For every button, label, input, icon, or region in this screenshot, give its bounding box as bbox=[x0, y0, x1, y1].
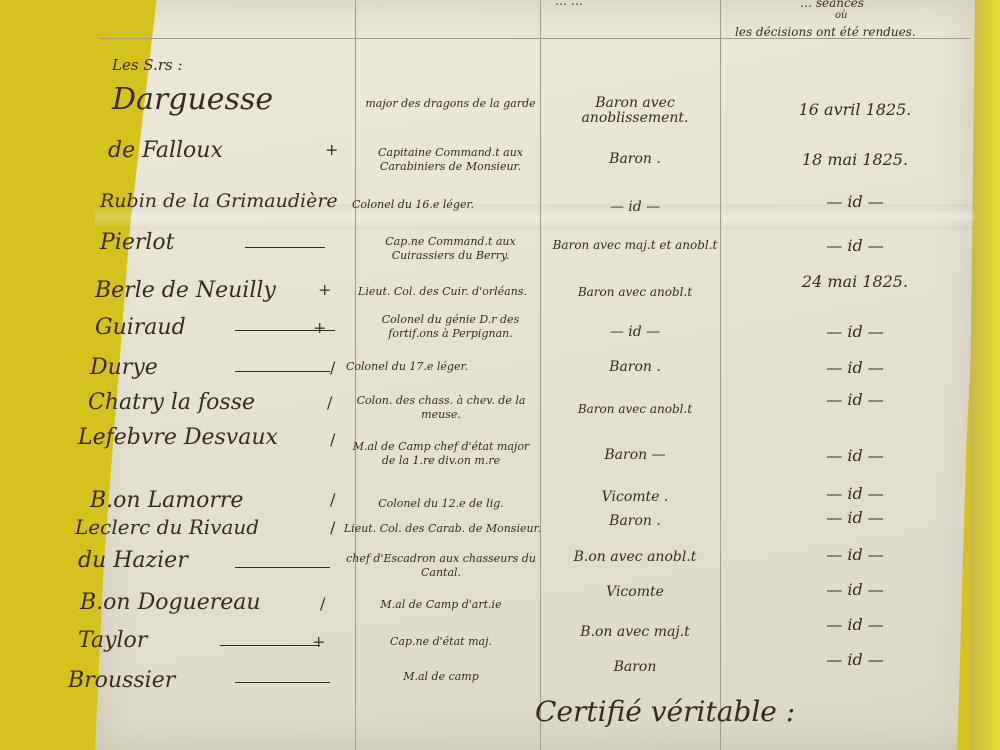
header-col4-line2: où bbox=[835, 10, 847, 21]
row-mark: / bbox=[327, 393, 332, 412]
name-cell: Lefebvre Desvaux bbox=[78, 425, 278, 450]
row-mark: / bbox=[330, 358, 335, 377]
row-mark: / bbox=[320, 594, 325, 613]
grade-cell: Lieut. Col. des Cuir. d'orléans. bbox=[340, 285, 545, 299]
title-cell: Baron bbox=[545, 660, 725, 675]
grade-cell: Colon. des chass. à chev. de la meuse. bbox=[346, 394, 536, 422]
title-cell: Baron avec maj.t et anobl.t bbox=[545, 238, 725, 253]
date-cell: — id — bbox=[740, 322, 970, 341]
date-cell: — id — bbox=[740, 580, 970, 599]
header-col4-line3: les décisions ont été rendues. bbox=[735, 25, 916, 39]
name-cell: Rubin de la Grimaudière bbox=[100, 190, 338, 212]
date-cell: 18 mai 1825. bbox=[740, 150, 970, 169]
grade-cell: major des dragons de la garde bbox=[358, 97, 543, 111]
date-cell: — id — bbox=[740, 446, 970, 465]
date-cell: — id — bbox=[740, 358, 970, 377]
grade-cell: Colonel du 12.e de lig. bbox=[346, 497, 536, 511]
title-cell: B.on avec anobl.t bbox=[545, 550, 725, 565]
name-cell: du Hazier bbox=[78, 548, 188, 573]
title-cell: Baron . bbox=[545, 152, 725, 167]
header-col3: … … bbox=[555, 0, 583, 8]
filler-dash bbox=[235, 682, 330, 683]
name-cell: Durye bbox=[90, 355, 158, 380]
title-cell: Baron avec anobl.t bbox=[545, 402, 725, 417]
grade-cell: chef d'Escadron aux chasseurs du Cantal. bbox=[346, 552, 536, 580]
row-mark: / bbox=[330, 518, 335, 537]
row-mark: / bbox=[330, 490, 335, 509]
title-cell: Vicomte . bbox=[545, 490, 725, 505]
name-cell: de Falloux bbox=[108, 138, 223, 163]
date-cell: — id — bbox=[740, 650, 970, 669]
grade-cell: M.al de Camp d'art.ie bbox=[346, 598, 536, 612]
date-cell: — id — bbox=[740, 484, 970, 503]
name-cell: Taylor bbox=[78, 628, 147, 653]
row-mark: + bbox=[312, 632, 325, 651]
title-cell: Vicomte bbox=[545, 585, 725, 600]
grade-cell: Colonel du génie D.r des fortif.ons à Pe… bbox=[358, 313, 543, 341]
row-mark: + bbox=[325, 140, 338, 159]
name-cell: B.on Lamorre bbox=[90, 488, 243, 513]
filler-dash bbox=[220, 645, 320, 646]
title-cell: Baron . bbox=[545, 360, 725, 375]
title-cell: — id — bbox=[545, 200, 725, 215]
name-cell: Leclerc du Rivaud bbox=[75, 515, 259, 539]
grade-cell: Capitaine Command.t aux Carabiniers de M… bbox=[358, 146, 543, 174]
grade-cell: M.al de camp bbox=[346, 670, 536, 684]
title-cell: — id — bbox=[545, 325, 725, 340]
title-cell: Baron . bbox=[545, 514, 725, 529]
name-cell: Darguesse bbox=[112, 82, 273, 117]
grade-cell: Colonel du 17.e léger. bbox=[346, 360, 536, 374]
row-mark: / bbox=[330, 430, 335, 449]
name-cell: B.on Doguereau bbox=[80, 590, 261, 615]
header-col4-line1: … séances bbox=[800, 0, 864, 10]
row-mark: + bbox=[318, 280, 331, 299]
date-cell: — id — bbox=[740, 390, 970, 409]
date-cell: 24 mai 1825. bbox=[740, 272, 970, 291]
date-cell: — id — bbox=[740, 236, 970, 255]
name-cell: Guiraud bbox=[95, 315, 186, 340]
grade-cell: Colonel du 16.e léger. bbox=[352, 198, 542, 212]
filler-dash bbox=[245, 247, 325, 248]
name-cell: Chatry la fosse bbox=[88, 390, 255, 415]
filler-dash bbox=[235, 371, 330, 372]
salutation-label: Les S.rs : bbox=[112, 56, 183, 74]
grade-cell: Lieut. Col. des Carab. de Monsieur. bbox=[340, 522, 545, 536]
title-cell: Baron avec anoblissement. bbox=[545, 96, 725, 126]
row-mark: + bbox=[313, 318, 326, 337]
certification-text: Certifié véritable : bbox=[535, 695, 795, 728]
name-cell: Berle de Neuilly bbox=[95, 278, 276, 303]
date-cell: — id — bbox=[740, 615, 970, 634]
grade-cell: M.al de Camp chef d'état major de la 1.r… bbox=[346, 440, 536, 468]
grade-cell: Cap.ne d'état maj. bbox=[346, 635, 536, 649]
date-cell: — id — bbox=[740, 508, 970, 527]
name-cell: Broussier bbox=[68, 668, 175, 693]
grade-cell: Cap.ne Command.t aux Cuirassiers du Berr… bbox=[358, 235, 543, 263]
date-cell: — id — bbox=[740, 545, 970, 564]
date-cell: 16 avril 1825. bbox=[740, 100, 970, 119]
column-rule-2 bbox=[540, 0, 541, 750]
name-cell: Pierlot bbox=[100, 230, 175, 255]
title-cell: Baron — bbox=[545, 448, 725, 463]
filler-dash bbox=[235, 567, 330, 568]
yellow-background-edge bbox=[970, 0, 1000, 750]
date-cell: — id — bbox=[740, 192, 970, 211]
title-cell: Baron avec anobl.t bbox=[545, 285, 725, 300]
title-cell: B.on avec maj.t bbox=[545, 625, 725, 640]
